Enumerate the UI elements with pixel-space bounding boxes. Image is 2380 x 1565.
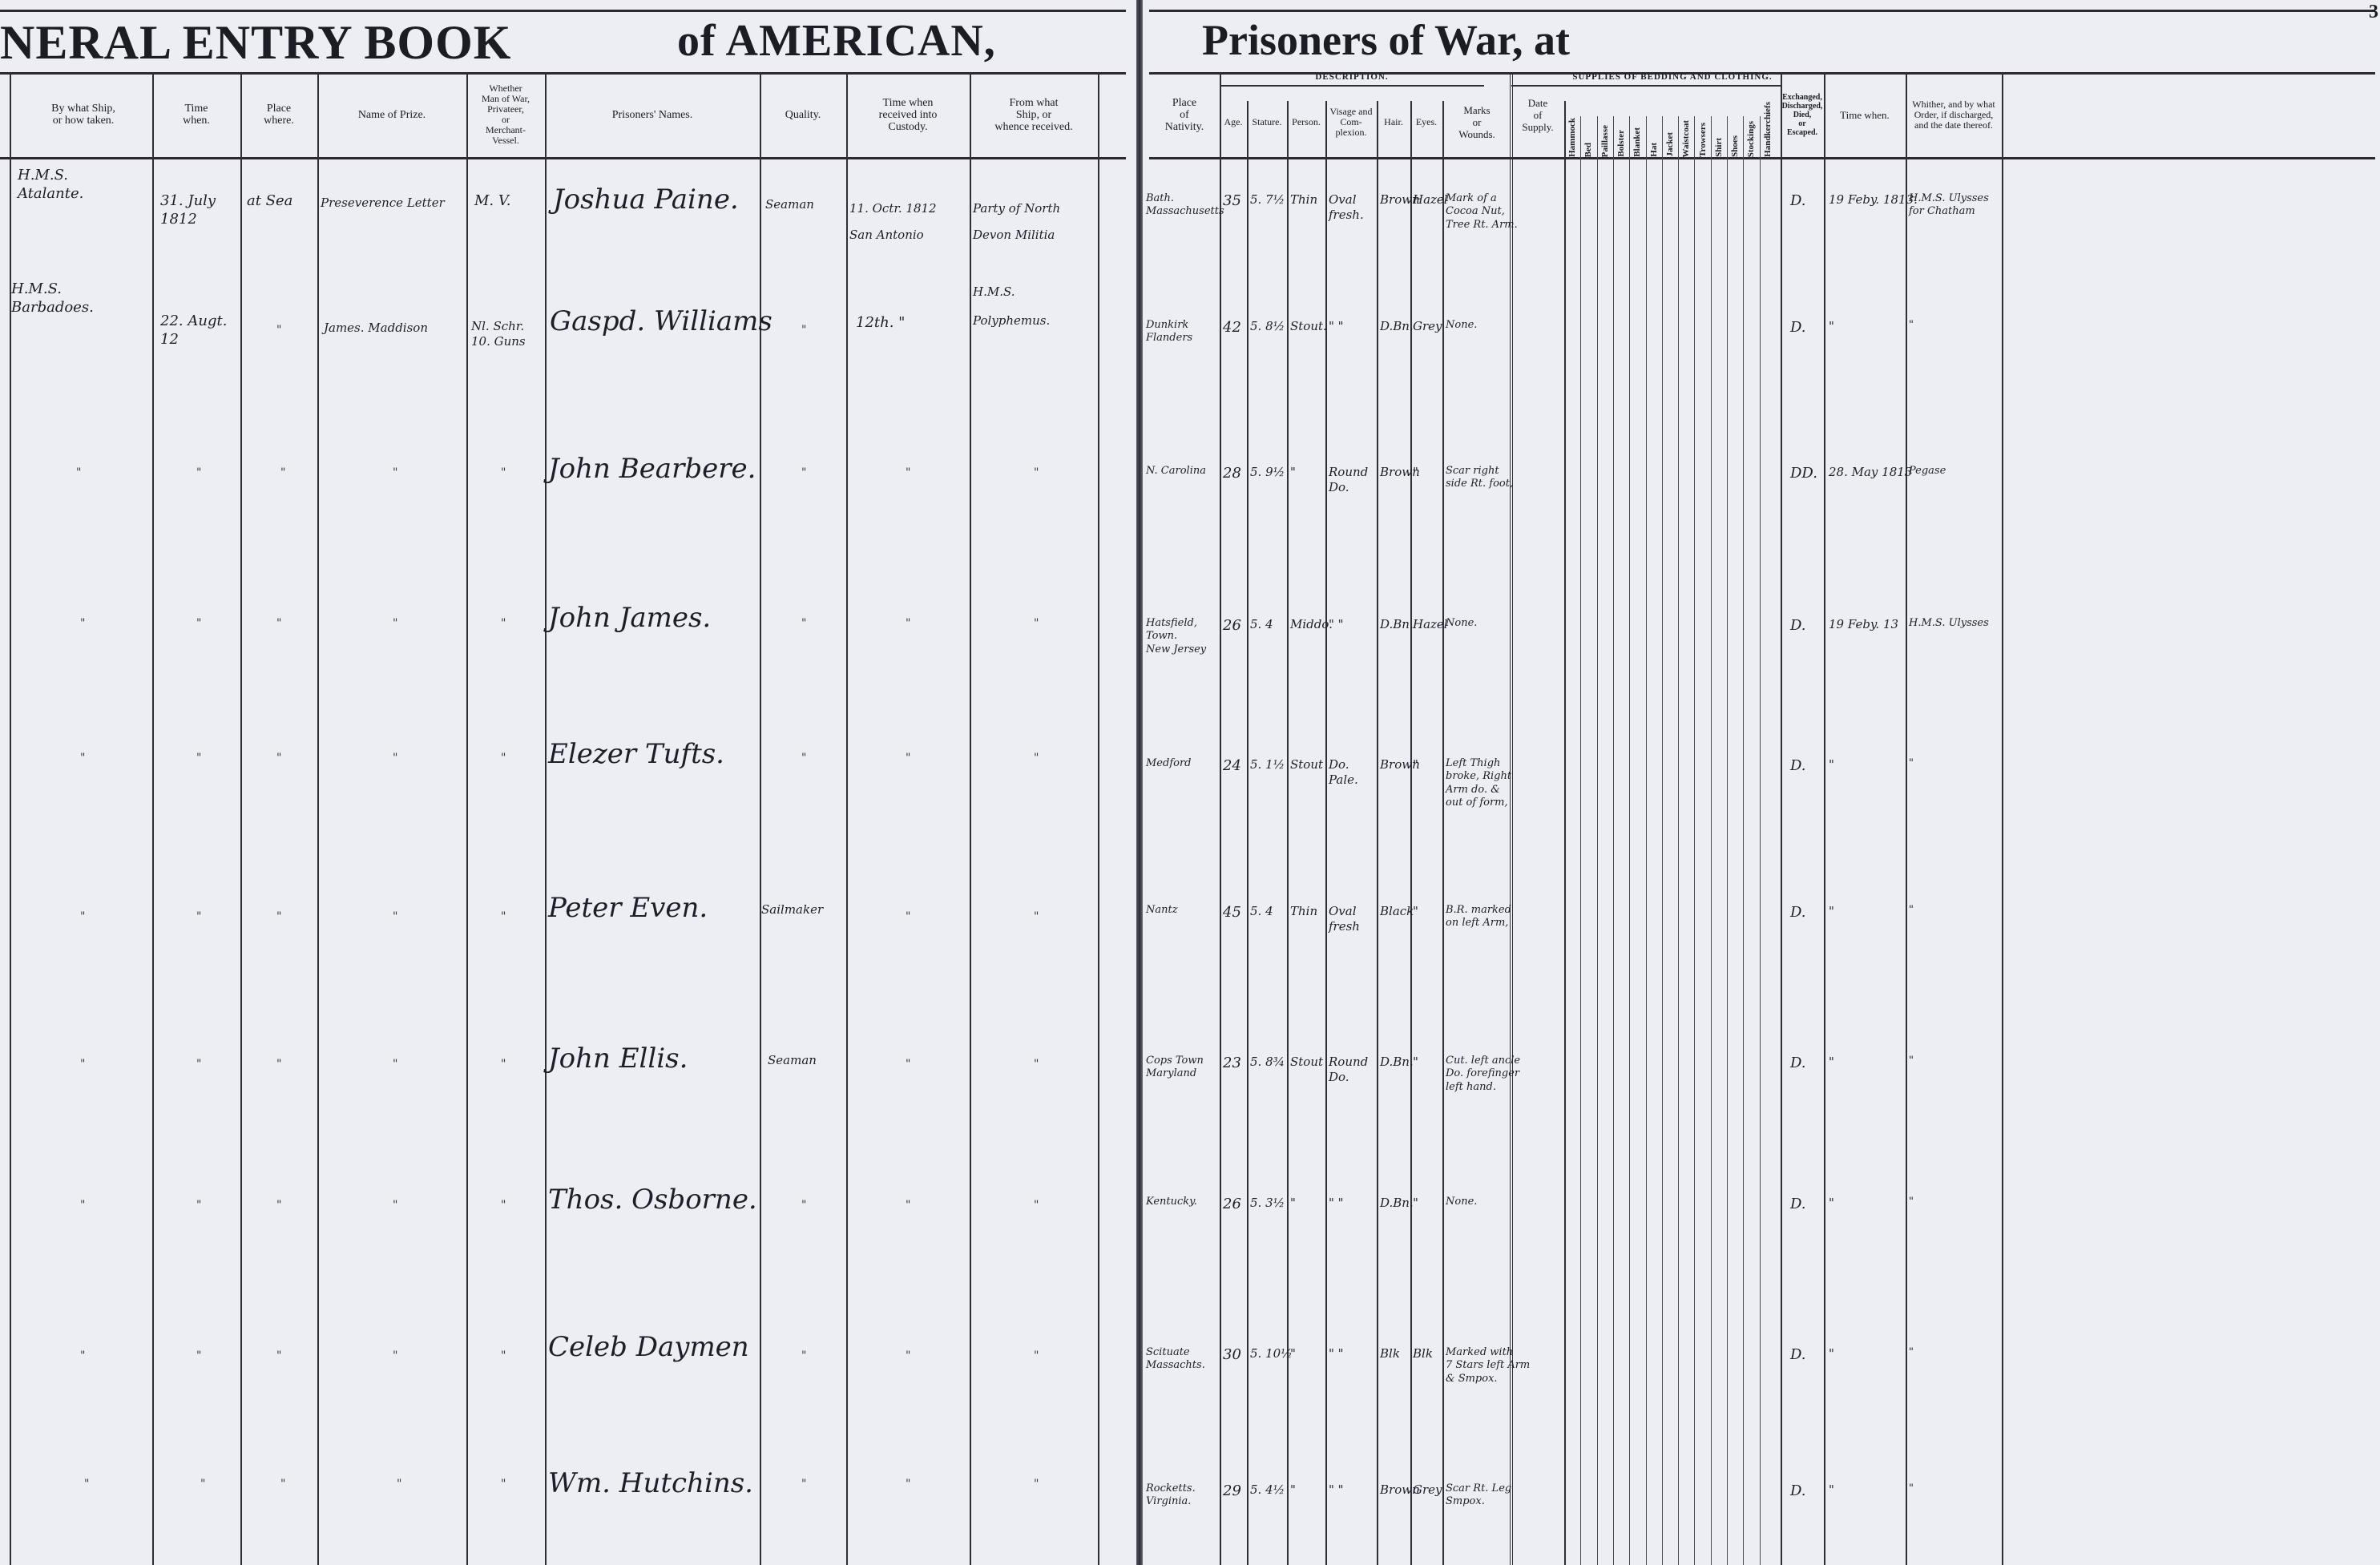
cell-visage: " "	[1329, 319, 1344, 334]
cell-prize: James. Maddison	[324, 321, 428, 336]
cell-eyes: Hazel	[1413, 192, 1448, 208]
cell-person: "	[1290, 1346, 1296, 1361]
cell-prisoner-name: Elezer Tufts.	[548, 737, 724, 772]
ditto: "	[397, 1478, 401, 1492]
cell-stature: 5. 8¾	[1250, 1055, 1285, 1070]
cell-stature: 5. 7½	[1250, 192, 1285, 208]
ditto: "	[501, 466, 506, 481]
ditto: "	[1034, 466, 1039, 481]
rule	[466, 72, 468, 1565]
cell-time-when: "	[1829, 319, 1834, 334]
cell-eyes: Hazel	[1413, 617, 1448, 632]
rule	[1906, 72, 1907, 1565]
header-time-received: Time when received into Custody.	[846, 72, 970, 157]
cell-stature: 5. 10½	[1250, 1346, 1293, 1361]
rule	[152, 72, 154, 1565]
cell-time-when: "	[1829, 1482, 1834, 1498]
cell-eyes: Blk	[1413, 1346, 1433, 1361]
cell-age: 26	[1223, 617, 1241, 635]
cell-marks-wounds: Cut. left ancle Do. forefinger left hand…	[1446, 1055, 1520, 1094]
cell-age: 26	[1223, 1196, 1241, 1214]
ditto: "	[501, 1349, 506, 1364]
cell-quality: Sailmaker	[761, 902, 823, 918]
rule	[545, 72, 547, 1565]
cell-whither: "	[1909, 1196, 1914, 1208]
rule	[1662, 116, 1663, 1565]
ditto: "	[906, 1478, 910, 1492]
rule	[1629, 116, 1630, 1565]
cell-stature: 5. 8½	[1250, 319, 1285, 334]
cell-stature: 5. 4½	[1250, 1482, 1285, 1498]
ditto: "	[906, 1349, 910, 1364]
cell-stature: 5. 9½	[1250, 465, 1285, 480]
cell-time: 31. July 1812	[160, 192, 216, 228]
cell-age: 23	[1223, 1055, 1241, 1073]
cell-whither: H.M.S. Ulysses for Chatham	[1909, 192, 1989, 219]
header-hair: Hair.	[1377, 87, 1410, 157]
cell-person: "	[1290, 1482, 1296, 1498]
ditto: "	[276, 1058, 281, 1072]
rule	[317, 72, 319, 1565]
rule	[1247, 101, 1248, 1565]
ditto: "	[276, 752, 281, 766]
cell-place: at Sea	[247, 192, 292, 211]
cell-visage: Do. Pale.	[1329, 757, 1358, 788]
header-supply-stockings: Stockings	[1743, 114, 1759, 157]
page-number: 3	[2369, 2, 2378, 23]
ditto: "	[80, 1349, 85, 1364]
cell-ship: H.M.S. Atalante.	[18, 167, 83, 203]
supply-item-label: Blanket	[1632, 126, 1642, 157]
rule	[846, 72, 848, 1565]
supply-item-label: Hat	[1649, 141, 1659, 157]
header-by-what-ship: By what Ship, or how taken.	[14, 72, 152, 157]
ditto: "	[276, 1349, 281, 1364]
supply-item-label: Shoes	[1730, 134, 1740, 157]
cell-from: H.M.S. Polyphemus.	[973, 277, 1050, 335]
cell-person: "	[1290, 465, 1296, 480]
cell-prisoner-name: Peter Even.	[548, 891, 708, 926]
ditto: "	[1034, 617, 1039, 631]
cell-marks-wounds: Left Thigh broke, Right Arm do. & out of…	[1446, 757, 1511, 809]
cell-ship: H.M.S. Barbadoes.	[11, 280, 94, 317]
ditto: "	[801, 1478, 806, 1492]
cell-marks-wounds: B.R. marked on left Arm,	[1446, 904, 1511, 930]
right-title: Prisoners of War, at	[1202, 15, 1570, 65]
cell-time-when: 28. May 1813	[1829, 465, 1912, 480]
cell-time-when: "	[1829, 904, 1834, 919]
rule	[1377, 101, 1378, 1565]
ditto: "	[276, 1199, 281, 1213]
cell-whither: "	[1909, 1346, 1914, 1359]
ditto: "	[906, 752, 910, 766]
ditto: "	[801, 1349, 806, 1364]
cell-hair: D.Bn.	[1380, 1055, 1414, 1070]
ditto: "	[393, 466, 397, 481]
rule	[970, 72, 971, 1565]
rule	[1678, 116, 1679, 1565]
cell-nativity: N. Carolina	[1146, 465, 1206, 478]
cell-nativity: Rocketts. Virginia.	[1146, 1482, 1196, 1509]
cell-place: "	[276, 324, 281, 338]
cell-marks-wounds: None.	[1446, 319, 1477, 332]
header-supply-paillasse: Paillasse	[1597, 114, 1613, 157]
ditto: "	[196, 910, 201, 925]
group-description: DESCRIPTION.	[1220, 72, 1484, 87]
cell-eyes: "	[1413, 465, 1418, 480]
header-eyes: Eyes.	[1410, 87, 1442, 157]
cell-age: 29	[1223, 1482, 1241, 1501]
cell-eyes: "	[1413, 757, 1418, 772]
rule	[240, 72, 242, 1565]
cell-vessel-type: M. V.	[474, 192, 510, 211]
cell-visage: Round Do.	[1329, 1055, 1368, 1085]
ditto: "	[801, 617, 806, 631]
cell-age: 45	[1223, 904, 1241, 922]
ditto: "	[501, 910, 506, 925]
ditto: "	[276, 617, 281, 631]
left-title-band: NERAL ENTRY BOOK of AMERICAN,	[0, 10, 1126, 75]
ditto: "	[80, 910, 85, 925]
cell-stature: 5. 4	[1250, 904, 1273, 919]
rule	[1646, 116, 1647, 1565]
ditto: "	[906, 1199, 910, 1213]
ditto: "	[80, 752, 85, 766]
header-age: Age.	[1220, 87, 1247, 157]
rule	[1824, 72, 1825, 1565]
supply-item-label: Bed	[1583, 141, 1593, 157]
left-title-part-a: NERAL ENTRY BOOK	[0, 15, 511, 71]
cell-visage: Oval fresh.	[1329, 192, 1364, 223]
ditto: "	[1034, 1478, 1039, 1492]
rule	[1727, 116, 1728, 1565]
supply-item-label: Jacket	[1665, 131, 1675, 157]
ditto: "	[196, 617, 201, 631]
ditto: "	[393, 1058, 397, 1072]
cell-vessel-type: Nl. Schr. 10. Guns	[471, 319, 526, 349]
cell-time-when: "	[1829, 1055, 1834, 1070]
header-status: Exchanged, Discharged, Died, or Escaped.	[1781, 72, 1824, 157]
cell-marks-wounds: Scar Rt. Leg Smpox.	[1446, 1482, 1511, 1509]
supply-item-label: Stockings	[1746, 119, 1756, 157]
rule	[1711, 116, 1712, 1565]
ditto: "	[501, 1058, 506, 1072]
cell-person: Stout.	[1290, 319, 1327, 334]
header-supply-hammock: Hammock	[1564, 114, 1580, 157]
header-supply-jacket: Jacket	[1662, 114, 1678, 157]
rule	[760, 72, 761, 1565]
rule	[1694, 116, 1695, 1565]
ditto: "	[1034, 1199, 1039, 1213]
cell-time: 22. Augt. 12	[160, 313, 227, 349]
cell-marks-wounds: None.	[1446, 1196, 1477, 1208]
cell-marks-wounds: Mark of a Cocoa Nut, Tree Rt. Arm.	[1446, 192, 1518, 232]
cell-stature: 5. 3½	[1250, 1196, 1285, 1211]
cell-nativity: Bath. Massachusetts	[1146, 192, 1220, 219]
ditto: "	[393, 752, 397, 766]
cell-nativity: Dunkirk Flanders	[1146, 319, 1192, 345]
ditto: "	[196, 1349, 201, 1364]
book-gutter	[1136, 0, 1143, 1565]
cell-nativity: Nantz	[1146, 904, 1178, 917]
ditto: "	[501, 1199, 506, 1213]
cell-whither: "	[1909, 319, 1914, 332]
cell-visage: Oval fresh	[1329, 904, 1360, 934]
cell-nativity: Kentucky.	[1146, 1196, 1197, 1208]
header-supply-shoes: Shoes	[1727, 114, 1743, 157]
cell-status: D.	[1790, 192, 1806, 211]
rule	[1613, 116, 1614, 1565]
cell-prize: Preseverence Letter	[321, 196, 445, 211]
rule	[1760, 116, 1761, 1565]
cell-whither: "	[1909, 757, 1914, 770]
cell-visage: Round Do.	[1329, 465, 1368, 495]
ditto: "	[80, 617, 85, 631]
cell-prisoner-name: Gaspd. Williams	[550, 305, 772, 339]
ditto: "	[200, 1478, 205, 1492]
ditto: "	[1034, 910, 1039, 925]
cell-stature: 5. 1½	[1250, 757, 1285, 772]
header-supply-bolster: Bolster	[1613, 114, 1629, 157]
cell-time-when: "	[1829, 757, 1834, 772]
cell-visage: " "	[1329, 1196, 1344, 1211]
supply-item-label: Waistcoat	[1681, 119, 1691, 157]
header-marks-wounds: Marks or Wounds.	[1442, 87, 1511, 157]
ditto: "	[80, 1199, 85, 1213]
rule	[1597, 116, 1598, 1565]
ditto: "	[393, 910, 397, 925]
cell-marks-wounds: Marked with 7 Stars left Arm & Smpox.	[1446, 1346, 1530, 1386]
header-from-what-ship: From what Ship, or whence received.	[970, 72, 1098, 157]
ditto: "	[906, 617, 910, 631]
ditto: "	[801, 752, 806, 766]
cell-person: "	[1290, 1196, 1296, 1211]
cell-time-when: 19 Feby. 13	[1829, 617, 1898, 632]
ditto: "	[276, 910, 281, 925]
cell-visage: " "	[1329, 617, 1344, 632]
cell-age: 28	[1223, 465, 1241, 483]
ditto: "	[280, 1478, 285, 1492]
header-place-of-nativity: Place of Nativity.	[1149, 72, 1220, 157]
ditto: "	[196, 1058, 201, 1072]
ditto: "	[501, 1478, 506, 1492]
cell-nativity: Scituate Massachts.	[1146, 1346, 1205, 1373]
left-column-headers: By what Ship, or how taken. Time when. P…	[0, 72, 1126, 159]
cell-quality: Seaman	[765, 197, 814, 212]
rule	[2002, 72, 2003, 1565]
right-page: Prisoners of War, at 3 Place of Nativity…	[1143, 0, 2380, 1565]
left-title-part-b: of AMERICAN,	[677, 15, 996, 67]
header-supply-trowsers: Trowsers	[1694, 114, 1710, 157]
cell-nativity: Cops Town Maryland	[1146, 1055, 1204, 1081]
ditto: "	[84, 1478, 89, 1492]
cell-person: Stout	[1290, 1055, 1323, 1070]
header-whither: Whither, and by what Order, if discharge…	[1906, 72, 2002, 157]
ditto: "	[1034, 1349, 1039, 1364]
ditto: "	[801, 466, 806, 481]
header-quality: Quality.	[760, 72, 846, 157]
rule	[1781, 72, 1782, 1565]
header-supply-shirt: Shirt	[1711, 114, 1727, 157]
cell-eyes: "	[1413, 904, 1418, 919]
cell-prisoner-name: Joshua Paine.	[553, 183, 739, 217]
cell-whither: H.M.S. Ulysses	[1909, 617, 1989, 630]
ditto: "	[501, 617, 506, 631]
cell-hair: D.Bn.	[1380, 1196, 1414, 1211]
rule	[1442, 101, 1444, 1565]
supply-item-label: Handkerchiefs	[1763, 100, 1773, 157]
cell-visage: " "	[1329, 1482, 1344, 1498]
rule	[1743, 116, 1744, 1565]
header-prisoners-names: Prisoners' Names.	[545, 72, 760, 157]
group-supplies: SUPPLIES OF BEDDING AND CLOTHING.	[1511, 72, 1781, 87]
cell-from: Party of North Devon Militia	[973, 196, 1060, 248]
rule	[1220, 72, 1221, 1565]
ditto: "	[1034, 1058, 1039, 1072]
rule	[1287, 101, 1289, 1565]
header-supply-handkerchiefs: Handkerchiefs	[1760, 114, 1776, 157]
rule	[1580, 116, 1581, 1565]
cell-prisoner-name: Wm. Hutchins.	[548, 1466, 753, 1501]
cell-status: D.	[1790, 1055, 1806, 1073]
cell-age: 30	[1223, 1346, 1241, 1365]
cell-eyes: Grey	[1413, 319, 1442, 334]
supply-item-label: Hammock	[1567, 116, 1577, 157]
cell-person: Thin	[1290, 904, 1317, 919]
cell-eyes: Grey	[1413, 1482, 1442, 1498]
cell-prisoner-name: John James.	[548, 601, 711, 635]
left-page: NERAL ENTRY BOOK of AMERICAN, By what Sh…	[0, 0, 1136, 1565]
header-time-when: Time when.	[152, 72, 240, 157]
ditto: "	[393, 617, 397, 631]
cell-whither: "	[1909, 1055, 1914, 1067]
cell-status: D.	[1790, 904, 1806, 922]
cell-visage: " "	[1329, 1346, 1344, 1361]
header-visage: Visage and Com- plexion.	[1325, 87, 1377, 157]
cell-time-when: 19 Feby. 1813.	[1829, 192, 1918, 208]
header-supply-hat: Hat	[1646, 114, 1662, 157]
ditto: "	[906, 1058, 910, 1072]
header-supply-bed: Bed	[1580, 114, 1596, 157]
cell-received: 12th. "	[856, 314, 905, 333]
cell-person: Thin	[1290, 192, 1317, 208]
ditto: "	[1034, 752, 1039, 766]
cell-hair: Blk	[1380, 1346, 1400, 1361]
header-vessel-type: Whether Man of War, Privateer, or Mercha…	[466, 72, 545, 157]
cell-hair: Black	[1380, 904, 1414, 919]
rule	[1510, 72, 1513, 1565]
ditto: "	[801, 1199, 806, 1213]
cell-nativity: Medford	[1146, 757, 1192, 770]
supply-item-label: Shirt	[1714, 136, 1724, 157]
cell-prisoner-name: Thos. Osborne.	[548, 1183, 757, 1217]
cell-received: 11. Octr. 1812 San Antonio	[849, 196, 937, 248]
cell-status: DD.	[1790, 465, 1817, 483]
cell-time-when: "	[1829, 1196, 1834, 1211]
supply-item-label: Bolster	[1616, 128, 1626, 157]
ditto: "	[906, 910, 910, 925]
cell-age: 24	[1223, 757, 1241, 776]
cell-age: 35	[1223, 192, 1241, 211]
cell-prisoner-name: Celeb Daymen	[548, 1330, 749, 1365]
supply-item-label: Trowsers	[1698, 121, 1708, 157]
cell-eyes: "	[1413, 1055, 1418, 1070]
ditto: "	[76, 466, 81, 481]
header-name-of-prize: Name of Prize.	[317, 72, 466, 157]
ditto: "	[80, 1058, 85, 1072]
ditto: "	[393, 1349, 397, 1364]
cell-prisoner-name: John Bearbere.	[548, 452, 756, 486]
rule	[1098, 72, 1099, 1565]
header-place-where: Place where.	[240, 72, 317, 157]
ditto: "	[280, 466, 285, 481]
header-stature: Stature.	[1247, 87, 1287, 157]
supply-item-label: Paillasse	[1600, 123, 1610, 157]
cell-prisoner-name: John Ellis.	[548, 1042, 688, 1076]
cell-whither: "	[1909, 1482, 1914, 1495]
cell-whither: "	[1909, 904, 1914, 917]
header-supply-blanket: Blanket	[1629, 114, 1645, 157]
cell-status: D.	[1790, 617, 1806, 635]
header-time-when: Time when.	[1824, 72, 1906, 157]
right-column-headers: Place of Nativity. DESCRIPTION. Age. Sta…	[1149, 72, 2375, 159]
cell-person: Middo.	[1290, 617, 1333, 632]
cell-hair: D.Bn.	[1380, 319, 1414, 334]
ditto: "	[196, 752, 201, 766]
cell-age: 42	[1223, 319, 1241, 337]
cell-time-when: "	[1829, 1346, 1834, 1361]
cell-status: D.	[1790, 757, 1806, 776]
cell-nativity: Hatsfield, Town. New Jersey	[1146, 617, 1206, 656]
ditto: "	[196, 1199, 201, 1213]
ditto: "	[501, 752, 506, 766]
cell-whither: Pegase	[1909, 465, 1946, 478]
ditto: "	[393, 1199, 397, 1213]
cell-eyes: "	[1413, 1196, 1418, 1211]
cell-status: D.	[1790, 1196, 1806, 1214]
cell-status: D.	[1790, 1346, 1806, 1365]
right-title-band: Prisoners of War, at	[1149, 10, 2375, 75]
header-person: Person.	[1287, 87, 1325, 157]
cell-hair: D.Bn.	[1380, 617, 1414, 632]
cell-person: Stout	[1290, 757, 1323, 772]
cell-status: D.	[1790, 319, 1806, 337]
cell-status: D.	[1790, 1482, 1806, 1501]
ditto: "	[196, 466, 201, 481]
cell-marks-wounds: None.	[1446, 617, 1477, 630]
rule	[1564, 101, 1566, 1565]
cell-quality: Seaman	[768, 1053, 817, 1068]
cell-quality: "	[801, 324, 806, 338]
cell-stature: 5. 4	[1250, 617, 1273, 632]
header-supply-waistcoat: Waistcoat	[1678, 114, 1694, 157]
ditto: "	[906, 466, 910, 481]
cell-marks-wounds: Scar right side Rt. foot,	[1446, 465, 1513, 491]
